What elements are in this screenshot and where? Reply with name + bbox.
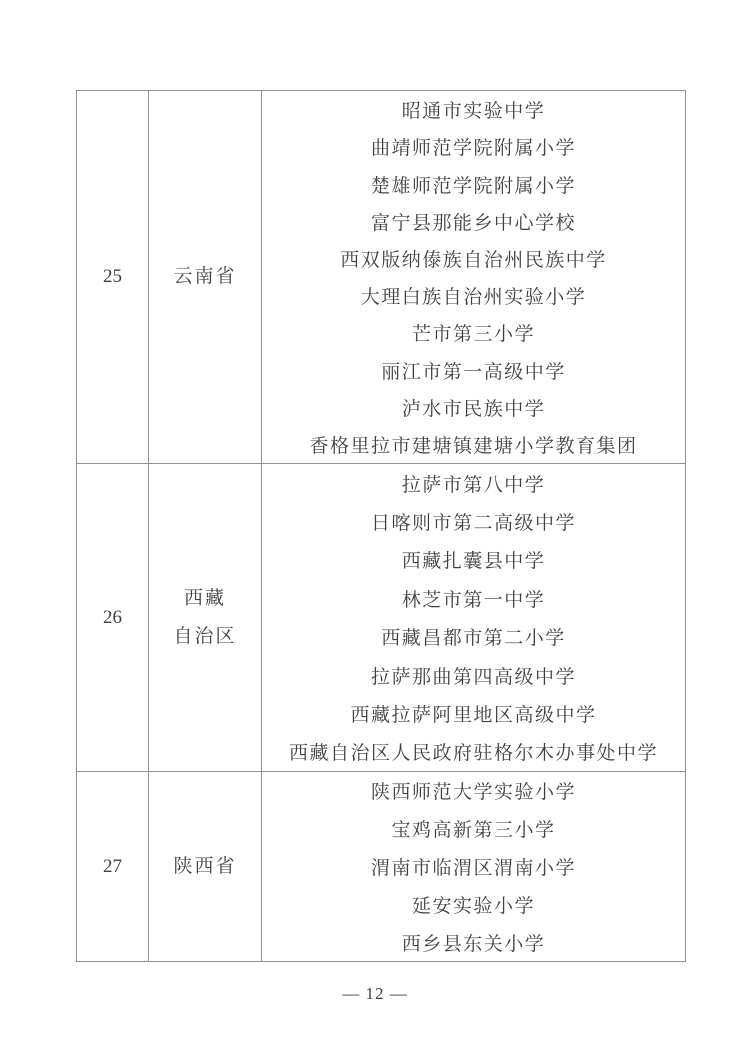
schools-cell: 陕西师范大学实验小学宝鸡高新第三小学渭南市临渭区渭南小学延安实验小学西乡县东关小… xyxy=(262,772,685,961)
row-number-cell: 25 xyxy=(77,91,149,463)
document-page: 25 云南省 昭通市实验中学曲靖师范学院附属小学楚雄师范学院附属小学富宁县那能乡… xyxy=(0,0,750,1061)
school-name: 拉萨那曲第四高级中学 xyxy=(262,656,685,694)
school-name: 宝鸡高新第三小学 xyxy=(262,810,685,848)
school-name: 渭南市临渭区渭南小学 xyxy=(262,848,685,886)
school-name: 泸水市民族中学 xyxy=(262,389,685,426)
school-name: 日喀则市第二高级中学 xyxy=(262,502,685,540)
school-name: 林芝市第一中学 xyxy=(262,579,685,617)
page-number: — 12 — xyxy=(342,984,408,1003)
school-name: 拉萨市第八中学 xyxy=(262,464,685,502)
row-number-cell: 27 xyxy=(77,772,149,961)
school-name: 大理白族自治州实验小学 xyxy=(262,277,685,314)
province-name: 云南省 xyxy=(173,258,236,296)
school-name: 丽江市第一高级中学 xyxy=(262,351,685,388)
schools-cell: 拉萨市第八中学日喀则市第二高级中学西藏扎囊县中学林芝市第一中学西藏昌都市第二小学… xyxy=(262,464,685,771)
row-number: 25 xyxy=(103,266,122,288)
school-name: 西藏自治区人民政府驻格尔木办事处中学 xyxy=(262,733,685,771)
school-name: 芒市第三小学 xyxy=(262,314,685,351)
school-name: 富宁县那能乡中心学校 xyxy=(262,203,685,240)
province-cell: 云南省 xyxy=(149,91,262,463)
school-name: 昭通市实验中学 xyxy=(262,91,685,128)
page-footer: — 12 — xyxy=(0,984,750,1004)
province-name: 自治区 xyxy=(173,618,236,656)
school-name: 楚雄师范学院附属小学 xyxy=(262,165,685,202)
province-cell: 西藏自治区 xyxy=(149,464,262,771)
school-name: 西藏扎囊县中学 xyxy=(262,541,685,579)
school-name: 西藏拉萨阿里地区高级中学 xyxy=(262,694,685,732)
school-name: 西乡县东关小学 xyxy=(262,923,685,961)
table-row: 27 陕西省 陕西师范大学实验小学宝鸡高新第三小学渭南市临渭区渭南小学延安实验小… xyxy=(77,772,685,961)
school-name: 陕西师范大学实验小学 xyxy=(262,772,685,810)
school-name: 西双版纳傣族自治州民族中学 xyxy=(262,240,685,277)
table-row: 26 西藏自治区 拉萨市第八中学日喀则市第二高级中学西藏扎囊县中学林芝市第一中学… xyxy=(77,464,685,772)
row-number-cell: 26 xyxy=(77,464,149,771)
schools-table: 25 云南省 昭通市实验中学曲靖师范学院附属小学楚雄师范学院附属小学富宁县那能乡… xyxy=(76,90,686,962)
province-cell: 陕西省 xyxy=(149,772,262,961)
province-name: 西藏 xyxy=(184,580,226,618)
province-name: 陕西省 xyxy=(173,848,236,886)
school-name: 西藏昌都市第二小学 xyxy=(262,618,685,656)
schools-cell: 昭通市实验中学曲靖师范学院附属小学楚雄师范学院附属小学富宁县那能乡中心学校西双版… xyxy=(262,91,685,463)
row-number: 27 xyxy=(103,856,122,878)
school-name: 延安实验小学 xyxy=(262,885,685,923)
table-row: 25 云南省 昭通市实验中学曲靖师范学院附属小学楚雄师范学院附属小学富宁县那能乡… xyxy=(77,91,685,464)
row-number: 26 xyxy=(103,607,122,629)
school-name: 曲靖师范学院附属小学 xyxy=(262,128,685,165)
school-name: 香格里拉市建塘镇建塘小学教育集团 xyxy=(262,426,685,463)
